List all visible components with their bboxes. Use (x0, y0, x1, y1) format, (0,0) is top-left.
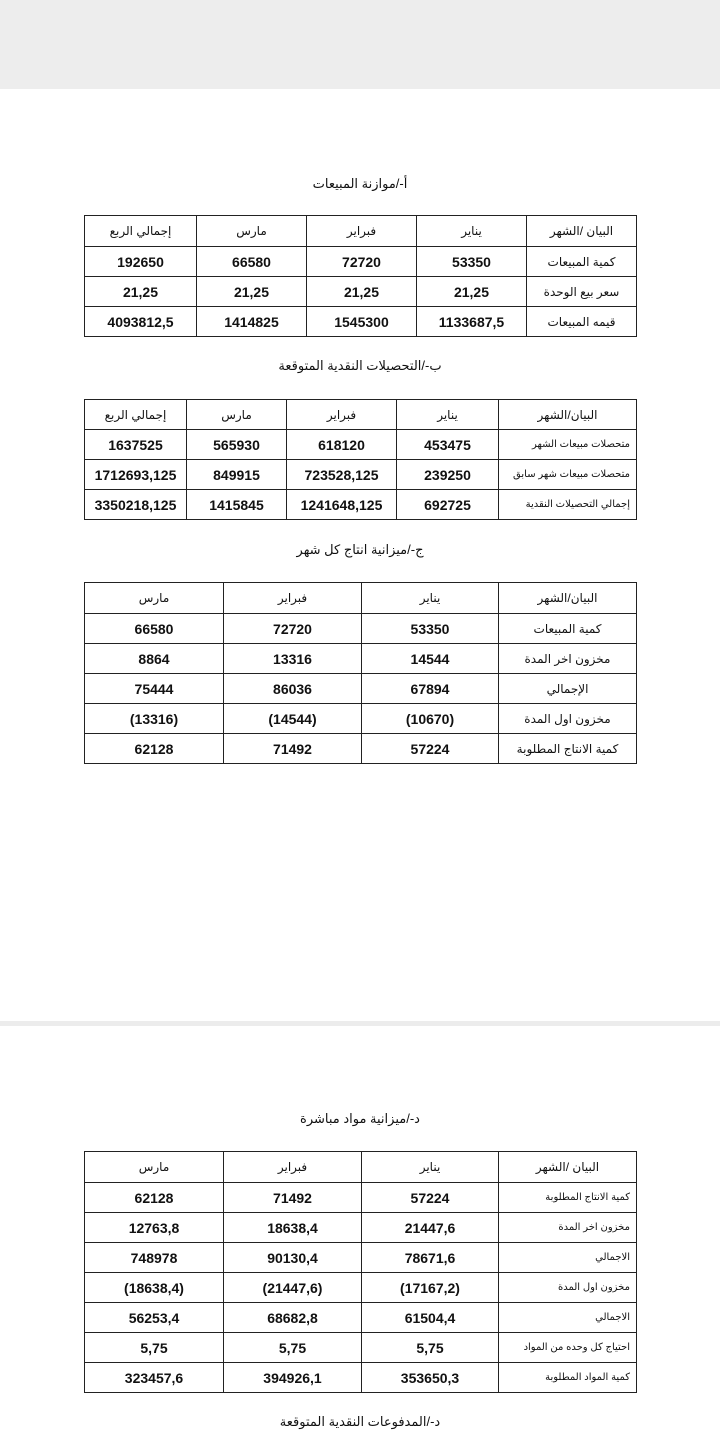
header-cell: إجمالي الربع (85, 216, 197, 247)
table-row: كمية المواد المطلوبة 353650,3 394926,1 3… (85, 1363, 637, 1393)
header-cell: البيان /الشهر (499, 1152, 637, 1183)
cell-value: (18638,4) (85, 1273, 224, 1303)
table-row: مخزون اول المدة (10670) (14544) (13316) (85, 704, 637, 734)
production-budget-table: البيان/الشهر يناير فبراير مارس كمية المب… (84, 582, 637, 764)
table-row: متحصلات مبيعات شهر سابق 239250 723528,12… (85, 460, 637, 490)
table-row: متحصلات مبيعات الشهر 453475 618120 56593… (85, 430, 637, 460)
cell-value: 72720 (307, 247, 417, 277)
cell-value: 1415845 (187, 490, 287, 520)
row-label: الاجمالي (499, 1303, 637, 1333)
table-header-row: البيان /الشهر يناير فبراير مارس (85, 1152, 637, 1183)
cell-value: 723528,125 (287, 460, 397, 490)
cell-value: 192650 (85, 247, 197, 277)
cell-value: 1545300 (307, 307, 417, 337)
row-label: كمية المبيعات (499, 614, 637, 644)
section-b-title: ب-/التحصيلات النقدية المتوقعة (0, 358, 720, 374)
page-separator (0, 1021, 720, 1026)
cell-value: 692725 (397, 490, 499, 520)
cell-value: 57224 (362, 1183, 499, 1213)
table-row: الاجمالي 61504,4 68682,8 56253,4 (85, 1303, 637, 1333)
cell-value: (17167,2) (362, 1273, 499, 1303)
cell-value: 1414825 (197, 307, 307, 337)
section-e-title: د-/المدفوعات النقدية المتوقعة (0, 1414, 720, 1430)
cell-value: 72720 (224, 614, 362, 644)
cell-value: 849915 (187, 460, 287, 490)
cell-value: 3350218,125 (85, 490, 187, 520)
cell-value: 62128 (85, 734, 224, 764)
cell-value: 75444 (85, 674, 224, 704)
cell-value: 86036 (224, 674, 362, 704)
cell-value: 14544 (362, 644, 499, 674)
table-row: احتياج كل وحده من المواد 5,75 5,75 5,75 (85, 1333, 637, 1363)
cell-value: 53350 (362, 614, 499, 644)
row-label: كمية المواد المطلوبة (499, 1363, 637, 1393)
cell-value: 618120 (287, 430, 397, 460)
section-d-title: د-/ميزانية مواد مباشرة (0, 1111, 720, 1127)
row-label: متحصلات مبيعات شهر سابق (499, 460, 637, 490)
cell-value: 66580 (197, 247, 307, 277)
table-row: كمية الانتاج المطلوبة 57224 71492 62128 (85, 1183, 637, 1213)
cell-value: 12763,8 (85, 1213, 224, 1243)
top-gray-band (0, 0, 720, 89)
cell-value: 353650,3 (362, 1363, 499, 1393)
cell-value: 21447,6 (362, 1213, 499, 1243)
cell-value: 21,25 (307, 277, 417, 307)
cell-value: 5,75 (85, 1333, 224, 1363)
table-row: الإجمالي 67894 86036 75444 (85, 674, 637, 704)
cell-value: 67894 (362, 674, 499, 704)
cell-value: 4093812,5 (85, 307, 197, 337)
table-row: كمية المبيعات 53350 72720 66580 (85, 614, 637, 644)
header-cell: مارس (85, 583, 224, 614)
row-label: مخزون اخر المدة (499, 1213, 637, 1243)
header-cell: يناير (397, 400, 499, 430)
row-label: مخزون اول المدة (499, 704, 637, 734)
header-cell: فبراير (287, 400, 397, 430)
header-cell: فبراير (224, 1152, 362, 1183)
header-cell: مارس (197, 216, 307, 247)
table-row: إجمالي التحصيلات النقدية 692725 1241648,… (85, 490, 637, 520)
header-cell: البيان/الشهر (499, 400, 637, 430)
header-cell: البيان /الشهر (527, 216, 637, 247)
row-label: كمية المبيعات (527, 247, 637, 277)
cell-value: 748978 (85, 1243, 224, 1273)
header-cell: مارس (187, 400, 287, 430)
table-row: سعر بيع الوحدة 21,25 21,25 21,25 21,25 (85, 277, 637, 307)
row-label: كمية الانتاج المطلوبة (499, 734, 637, 764)
row-label: متحصلات مبيعات الشهر (499, 430, 637, 460)
cell-value: 1712693,125 (85, 460, 187, 490)
cell-value: 61504,4 (362, 1303, 499, 1333)
cell-value: 71492 (224, 734, 362, 764)
header-cell: يناير (417, 216, 527, 247)
cell-value: 453475 (397, 430, 499, 460)
cell-value: 21,25 (197, 277, 307, 307)
sales-budget-table: البيان /الشهر يناير فبراير مارس إجمالي ا… (84, 215, 637, 337)
row-label: مخزون اول المدة (499, 1273, 637, 1303)
table-row: الاجمالي 78671,6 90130,4 748978 (85, 1243, 637, 1273)
cell-value: 394926,1 (224, 1363, 362, 1393)
cell-value: 13316 (224, 644, 362, 674)
table-header-row: البيان/الشهر يناير فبراير مارس إجمالي ال… (85, 400, 637, 430)
row-label: الاجمالي (499, 1243, 637, 1273)
cell-value: (13316) (85, 704, 224, 734)
cell-value: 5,75 (362, 1333, 499, 1363)
table-row: قيمه المبيعات 1133687,5 1545300 1414825 … (85, 307, 637, 337)
header-cell: إجمالي الربع (85, 400, 187, 430)
cell-value: 323457,6 (85, 1363, 224, 1393)
cell-value: 90130,4 (224, 1243, 362, 1273)
header-cell: يناير (362, 583, 499, 614)
row-label: احتياج كل وحده من المواد (499, 1333, 637, 1363)
cell-value: 21,25 (85, 277, 197, 307)
table-row: كمية الانتاج المطلوبة 57224 71492 62128 (85, 734, 637, 764)
cell-value: (14544) (224, 704, 362, 734)
header-cell: يناير (362, 1152, 499, 1183)
cell-value: 66580 (85, 614, 224, 644)
row-label: سعر بيع الوحدة (527, 277, 637, 307)
cell-value: 565930 (187, 430, 287, 460)
row-label: إجمالي التحصيلات النقدية (499, 490, 637, 520)
cell-value: 56253,4 (85, 1303, 224, 1333)
cash-collections-table: البيان/الشهر يناير فبراير مارس إجمالي ال… (84, 399, 637, 520)
cell-value: 62128 (85, 1183, 224, 1213)
cell-value: 1637525 (85, 430, 187, 460)
row-label: الإجمالي (499, 674, 637, 704)
section-a-title: أ-/موازنة المبيعات (0, 176, 720, 192)
table-row: مخزون اخر المدة 21447,6 18638,4 12763,8 (85, 1213, 637, 1243)
cell-value: 68682,8 (224, 1303, 362, 1333)
row-label: كمية الانتاج المطلوبة (499, 1183, 637, 1213)
header-cell: فبراير (224, 583, 362, 614)
cell-value: 18638,4 (224, 1213, 362, 1243)
table-header-row: البيان /الشهر يناير فبراير مارس إجمالي ا… (85, 216, 637, 247)
cell-value: (21447,6) (224, 1273, 362, 1303)
cell-value: 53350 (417, 247, 527, 277)
table-row: مخزون اول المدة (17167,2) (21447,6) (186… (85, 1273, 637, 1303)
header-cell: فبراير (307, 216, 417, 247)
cell-value: 57224 (362, 734, 499, 764)
cell-value: 239250 (397, 460, 499, 490)
cell-value: 21,25 (417, 277, 527, 307)
direct-materials-budget-table: البيان /الشهر يناير فبراير مارس كمية الا… (84, 1151, 637, 1393)
table-header-row: البيان/الشهر يناير فبراير مارس (85, 583, 637, 614)
cell-value: 71492 (224, 1183, 362, 1213)
cell-value: 5,75 (224, 1333, 362, 1363)
cell-value: 1133687,5 (417, 307, 527, 337)
table-row: مخزون اخر المدة 14544 13316 8864 (85, 644, 637, 674)
section-c-title: ج-/ميزانية انتاج كل شهر (0, 542, 720, 558)
table-row: كمية المبيعات 53350 72720 66580 192650 (85, 247, 637, 277)
cell-value: 1241648,125 (287, 490, 397, 520)
header-cell: مارس (85, 1152, 224, 1183)
header-cell: البيان/الشهر (499, 583, 637, 614)
cell-value: (10670) (362, 704, 499, 734)
cell-value: 8864 (85, 644, 224, 674)
cell-value: 78671,6 (362, 1243, 499, 1273)
row-label: مخزون اخر المدة (499, 644, 637, 674)
row-label: قيمه المبيعات (527, 307, 637, 337)
